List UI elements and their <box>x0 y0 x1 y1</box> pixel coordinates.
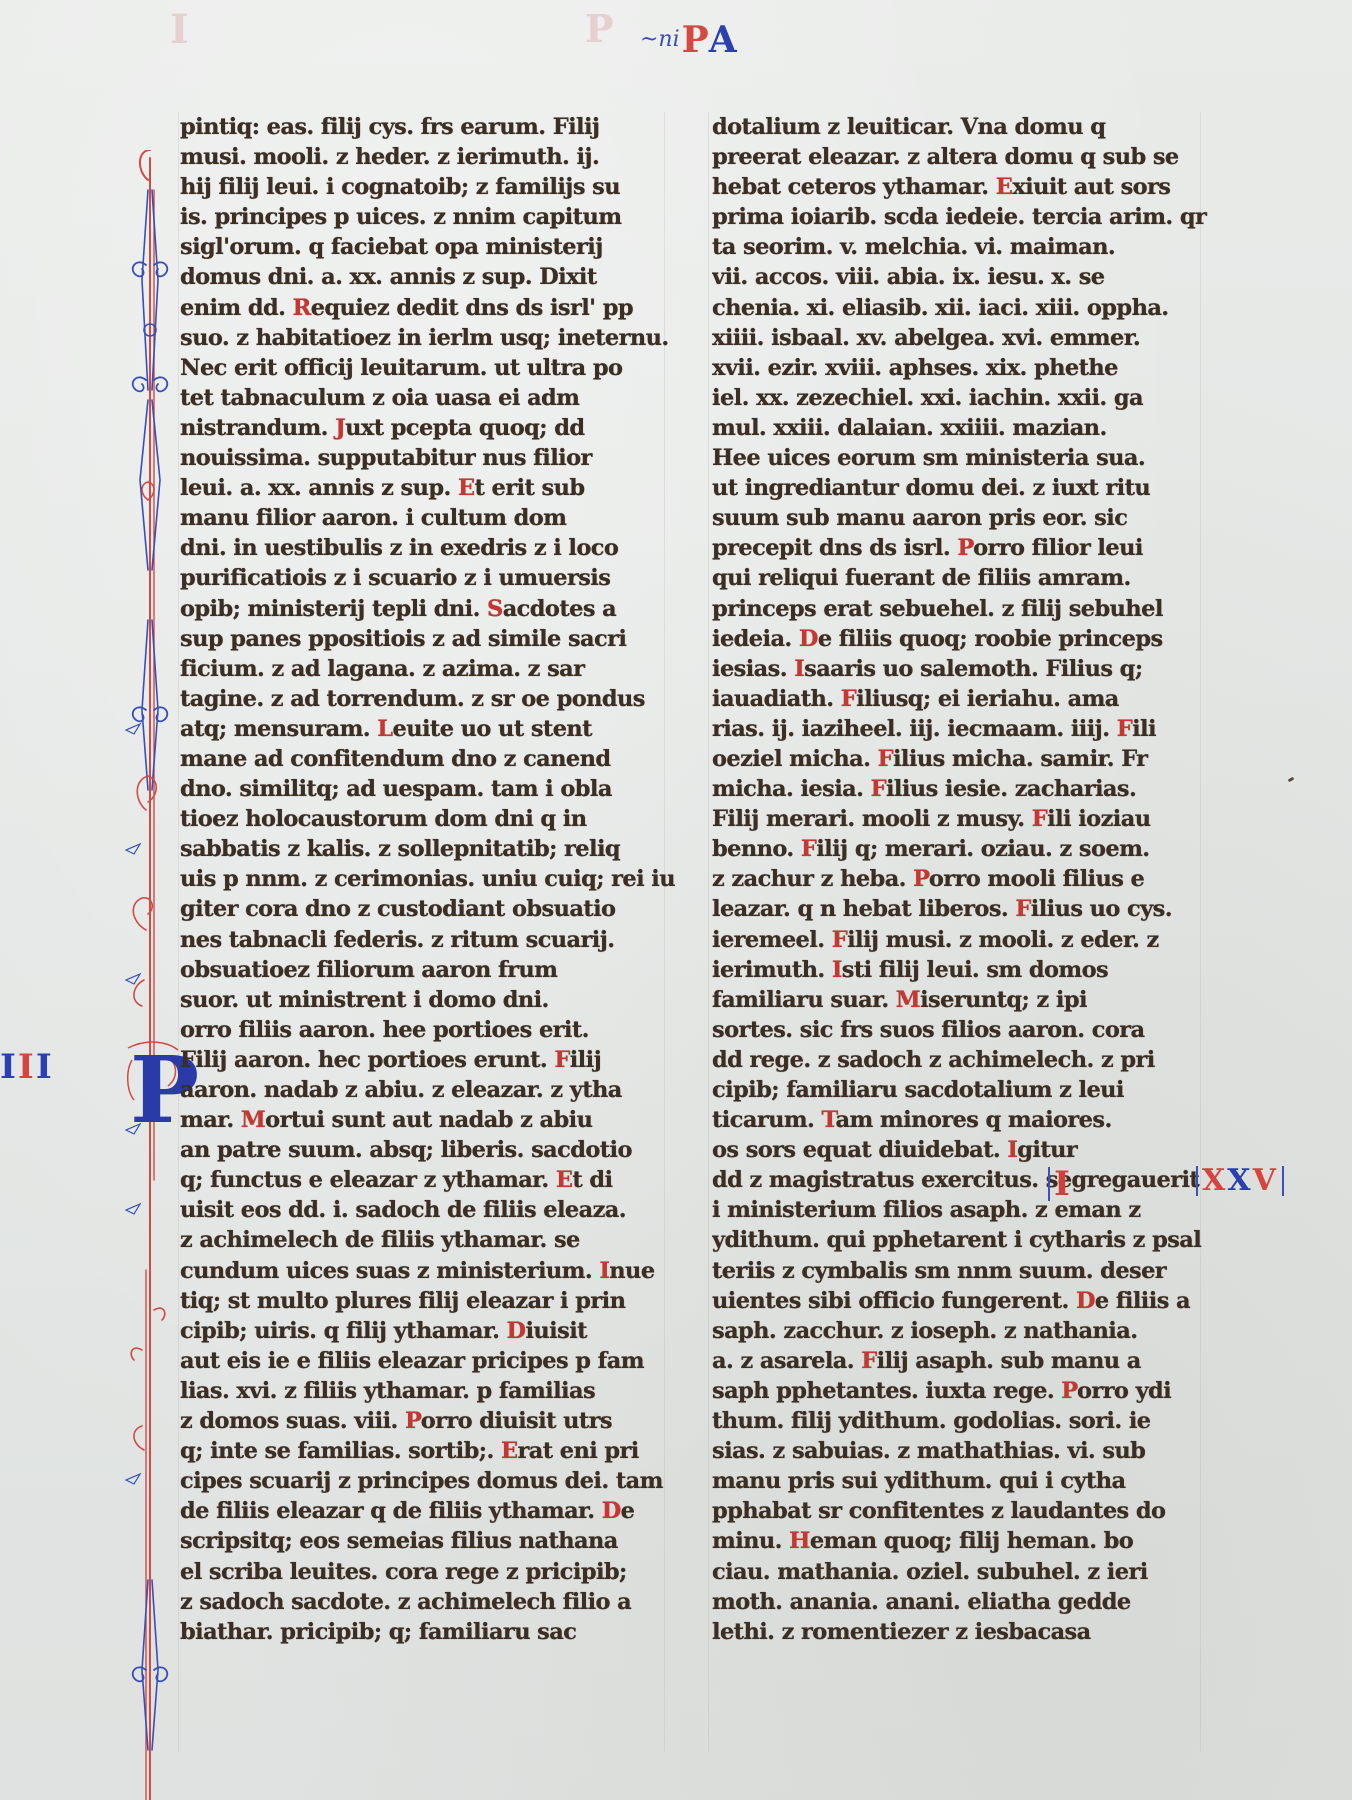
text-line: manu filior aaron. i cultum dom <box>180 503 680 533</box>
text-line: dotalium z leuiticar. Vna domu q <box>712 112 1212 142</box>
text-line: Nec erit officij leuitarum. ut ultra po <box>180 353 680 383</box>
text-line: Filij aaron. hec portioes erunt. Filij <box>180 1045 680 1075</box>
text-line: hij filij leui. i cognatoib; z familijs … <box>180 172 680 202</box>
text-line: tioez holocaustorum dom dni q in <box>180 804 680 834</box>
manuscript-page: I P ~ni P A <box>0 0 1352 1800</box>
text-line: musi. mooli. z heder. z ierimuth. ij. <box>180 142 680 172</box>
text-line: nistrandum. Juxt pcepta quoq; dd <box>180 413 680 443</box>
text-line: iesias. Isaaris uo salemoth. Filius q; <box>712 654 1212 684</box>
text-line: manu pris sui ydithum. qui i cytha <box>712 1466 1212 1496</box>
text-line: dd rege. z sadoch z achimelech. z pri <box>712 1045 1212 1075</box>
text-line: dd z magistratus exercitus. segregauerit <box>712 1165 1212 1195</box>
text-line: enim dd. Requiez dedit dns ds isrl' pp <box>180 293 680 323</box>
text-line: tet tabnaculum z oia uasa ei adm <box>180 383 680 413</box>
chapter-number-right: XXV <box>1196 1166 1284 1196</box>
text-line: cipib; uiris. q filij ythamar. Diuisit <box>180 1316 680 1346</box>
ruling-line <box>178 112 179 1752</box>
rubricated-letter: M <box>896 987 920 1013</box>
text-line: sias. z sabuias. z mathathias. vi. sub <box>712 1436 1212 1466</box>
rubricated-letter: D <box>507 1318 526 1344</box>
text-line: benno. Filij q; merari. oziau. z soem. <box>712 834 1212 864</box>
rubricated-letter: F <box>878 746 893 772</box>
rubricated-letter: J <box>335 415 345 441</box>
text-line: xvii. ezir. xviii. aphses. xix. phethe <box>712 353 1212 383</box>
rubricated-letter: F <box>554 1047 569 1073</box>
text-line: iedeia. De filiis quoq; roobie princeps <box>712 624 1212 654</box>
text-line: is. principes p uices. z nnim capitum <box>180 202 680 232</box>
rubricated-letter: S <box>487 596 503 622</box>
rubricated-letter: P <box>1061 1378 1077 1404</box>
text-line: atq; mensuram. Leuite uo ut stent <box>180 714 680 744</box>
text-line: sortes. sic frs suos filios aaron. cora <box>712 1015 1212 1045</box>
text-line: orro filiis aaron. hee portioes erit. <box>180 1015 680 1045</box>
text-line: ydithum. qui pphetarent i cytharis z psa… <box>712 1225 1212 1255</box>
text-line: familiaru suar. Miseruntq; z ipi <box>712 985 1212 1015</box>
text-line: cipib; familiaru sacdotalium z leui <box>712 1075 1212 1105</box>
show-through-letter: P <box>585 6 614 51</box>
rubricated-letter: F <box>832 927 847 953</box>
rubricated-letter: D <box>799 626 818 652</box>
rubricated-letter: D <box>602 1498 621 1524</box>
ruling-line <box>708 112 709 1752</box>
text-line: ut ingrediantur domu dei. z iuxt ritu <box>712 473 1212 503</box>
text-line: leui. a. xx. annis z sup. Et erit sub <box>180 473 680 503</box>
text-line: Filij merari. mooli z musy. Fili ioziau <box>712 804 1212 834</box>
text-line: a. z asarela. Filij asaph. sub manu a <box>712 1346 1212 1376</box>
text-line: giter cora dno z custodiant obsuatio <box>180 894 680 924</box>
text-line: sabbatis z kalis. z sollepnitatib; reliq <box>180 834 680 864</box>
rubricated-letter: P <box>405 1408 421 1434</box>
text-line: suor. ut ministrent i domo dni. <box>180 985 680 1015</box>
text-line: domus dni. a. xx. annis z sup. Dixit <box>180 262 680 292</box>
rubricated-letter: F <box>1015 896 1030 922</box>
rubricated-letter: E <box>556 1167 573 1193</box>
text-line: nouissima. supputabitur nus filior <box>180 443 680 473</box>
rubricated-letter: P <box>913 866 929 892</box>
text-line: q; functus e eleazar z ythamar. Et di <box>180 1165 680 1195</box>
text-line: leazar. q n hebat liberos. Filius uo cys… <box>712 894 1212 924</box>
text-line: aaron. nadab z abiu. z eleazar. z ytha <box>180 1075 680 1105</box>
text-line: z sadoch sacdote. z achimelech filio a <box>180 1587 680 1617</box>
text-line: qui reliqui fuerant de filiis amram. <box>712 563 1212 593</box>
text-line: mar. Mortui sunt aut nadab z abiu <box>180 1105 680 1135</box>
text-line: sup panes ppositiois z ad simile sacri <box>180 624 680 654</box>
chapter-number-left: III <box>0 1047 54 1087</box>
rubricated-letter: T <box>822 1107 836 1133</box>
text-line: purificatiois z i scuario z i umuersis <box>180 563 680 593</box>
text-line: z achimelech de filiis ythamar. se <box>180 1225 680 1255</box>
text-line: pphabat sr confitentes z laudantes do <box>712 1496 1212 1526</box>
rubricated-letter: L <box>377 716 392 742</box>
text-line: vii. accos. viii. abia. ix. iesu. x. se <box>712 262 1212 292</box>
text-line: chenia. xi. eliasib. xii. iaci. xiii. op… <box>712 293 1212 323</box>
text-line: an patre suum. absq; liberis. sacdotio <box>180 1135 680 1165</box>
text-line: aut eis ie e filiis eleazar pricipes p f… <box>180 1346 680 1376</box>
rubricated-letter: R <box>293 295 311 321</box>
rubricated-letter: I <box>1007 1137 1017 1163</box>
text-line: lethi. z romentiezer z iesbacasa <box>712 1617 1212 1647</box>
text-line: xiiii. isbaal. xv. abelgea. xvi. emmer. <box>712 323 1212 353</box>
text-line: ficium. z ad lagana. z azima. z sar <box>180 654 680 684</box>
text-line: dno. similitq; ad uespam. tam i obla <box>180 774 680 804</box>
rubricated-letter: F <box>871 776 886 802</box>
decorated-initial-i: I <box>1048 1167 1070 1201</box>
text-line: scripsitq; eos semeias filius nathana <box>180 1526 680 1556</box>
rubricated-letter: H <box>789 1528 810 1554</box>
text-line: mul. xxiii. dalaian. xxiiii. mazian. <box>712 413 1212 443</box>
text-line: precepit dns ds isrl. Porro filior leui <box>712 533 1212 563</box>
rubricated-letter: E <box>458 475 475 501</box>
rubricated-letter: F <box>861 1348 876 1374</box>
text-line: rias. ij. iaziheel. iij. iecmaam. iiij. … <box>712 714 1212 744</box>
text-line: biathar. pricipib; q; familiaru sac <box>180 1617 680 1647</box>
text-line: moth. anania. anani. eliatha gedde <box>712 1587 1212 1617</box>
text-line: cipes scuarij z principes domus dei. tam <box>180 1466 680 1496</box>
parchment-blemish <box>1288 777 1295 783</box>
text-line: princeps erat sebuehel. z filij sebuhel <box>712 594 1212 624</box>
rubricated-letter: F <box>1117 716 1132 742</box>
text-line: oeziel micha. Filius micha. samir. Fr <box>712 744 1212 774</box>
text-column-left: pintiq: eas. filij cys. frs earum. Filij… <box>180 112 680 1647</box>
text-line: mane ad confitendum dno z canend <box>180 744 680 774</box>
text-line: cundum uices suas z ministerium. Inue <box>180 1256 680 1286</box>
text-line: obsuatioez filiorum aaron frum <box>180 955 680 985</box>
rubricated-letter: E <box>501 1438 518 1464</box>
text-line: saph pphetantes. iuxta rege. Porro ydi <box>712 1376 1212 1406</box>
text-line: iel. xx. zezechiel. xxi. iachin. xxii. g… <box>712 383 1212 413</box>
rubricated-letter: F <box>841 686 856 712</box>
text-line: tagine. z ad torrendum. z sr oe pondus <box>180 684 680 714</box>
text-line: thum. filij ydithum. godolias. sori. ie <box>712 1406 1212 1436</box>
running-header: ~ni P A <box>640 14 737 60</box>
header-flourish: ~ni <box>640 20 680 60</box>
text-line: micha. iesia. Filius iesie. zacharias. <box>712 774 1212 804</box>
text-line: ierimuth. Isti filij leui. sm domos <box>712 955 1212 985</box>
rubricated-letter: I <box>794 656 804 682</box>
rubricated-letter: E <box>996 174 1013 200</box>
header-letter-a: A <box>709 20 737 60</box>
header-letter-p: P <box>682 20 709 60</box>
text-line: uisit eos dd. i. sadoch de filiis eleaza… <box>180 1195 680 1225</box>
rubricated-letter: M <box>241 1107 265 1133</box>
text-line: uis p nnm. z cerimonias. uniu cuiq; rei … <box>180 864 680 894</box>
text-line: ticarum. Tam minores q maiores. <box>712 1105 1212 1135</box>
rubricated-letter: I <box>599 1258 609 1284</box>
text-line: ieremeel. Filij musi. z mooli. z eder. z <box>712 925 1212 955</box>
text-line: ciau. mathania. oziel. subuhel. z ieri <box>712 1557 1212 1587</box>
text-line: dni. in uestibulis z in exedris z i loco <box>180 533 680 563</box>
text-line: saph. zacchur. z ioseph. z nathania. <box>712 1316 1212 1346</box>
text-line: el scriba leuites. cora rege z pricipib; <box>180 1557 680 1587</box>
text-column-right: dotalium z leuiticar. Vna domu qpreerat … <box>712 112 1212 1647</box>
text-line: teriis z cymbalis sm nnm suum. deser <box>712 1256 1212 1286</box>
text-line: sigl'orum. q faciebat opa ministerij <box>180 232 680 262</box>
text-line: tiq; st multo plures filij eleazar i pri… <box>180 1286 680 1316</box>
text-line: prima ioiarib. scda iedeie. tercia arim.… <box>712 202 1212 232</box>
text-line: nes tabnacli federis. z ritum scuarij. <box>180 925 680 955</box>
text-line: lias. xvi. z filiis ythamar. p familias <box>180 1376 680 1406</box>
text-line: z domos suas. viii. Porro diuisit utrs <box>180 1406 680 1436</box>
text-line: pintiq: eas. filij cys. frs earum. Filij <box>180 112 680 142</box>
text-line: hebat ceteros ythamar. Exiuit aut sors <box>712 172 1212 202</box>
rubricated-letter: I <box>832 957 842 983</box>
show-through-letter: I <box>170 6 189 53</box>
text-line: opib; ministerij tepli dni. Sacdotes a <box>180 594 680 624</box>
penwork-border-icon <box>118 150 178 1800</box>
text-line: de filiis eleazar q de filiis ythamar. D… <box>180 1496 680 1526</box>
text-line: ta seorim. v. melchia. vi. maiman. <box>712 232 1212 262</box>
text-line: iauadiath. Filiusq; ei ieriahu. ama <box>712 684 1212 714</box>
rubricated-letter: F <box>801 836 816 862</box>
text-line: uientes sibi officio fungerent. De filii… <box>712 1286 1212 1316</box>
text-line: q; inte se familias. sortib;. Erat eni p… <box>180 1436 680 1466</box>
text-line: z zachur z heba. Porro mooli filius e <box>712 864 1212 894</box>
text-line: preerat eleazar. z altera domu q sub se <box>712 142 1212 172</box>
text-line: minu. Heman quoq; filij heman. bo <box>712 1526 1212 1556</box>
rubricated-letter: P <box>957 535 973 561</box>
rubricated-letter: D <box>1076 1288 1095 1314</box>
text-line: os sors equat diuidebat. Igitur <box>712 1135 1212 1165</box>
decorated-initial-p: P <box>118 1040 188 1150</box>
text-line: i ministerium filios asaph. z eman z <box>712 1195 1212 1225</box>
rubricated-letter: F <box>1032 806 1047 832</box>
text-line: suum sub manu aaron pris eor. sic <box>712 503 1212 533</box>
text-line: Hee uices eorum sm ministeria sua. <box>712 443 1212 473</box>
text-line: suo. z habitatioez in ierlm usq; inetern… <box>180 323 680 353</box>
